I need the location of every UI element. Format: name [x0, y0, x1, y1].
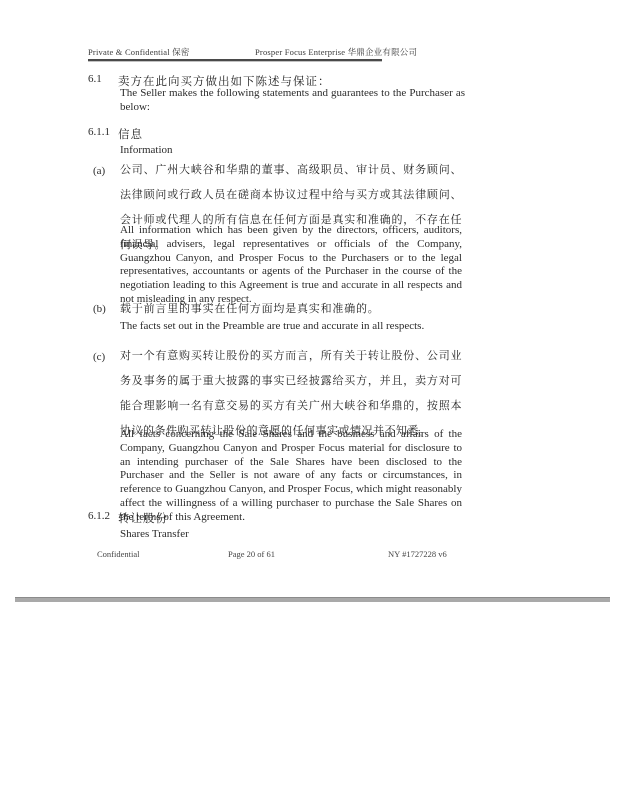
item-b: (b) 载于前言里的事实在任何方面均是真实和准确的。: [93, 300, 462, 318]
footer-doc-id: NY #1727228 v6: [388, 549, 447, 559]
item-a-label: (a): [93, 158, 120, 177]
header-company-label: Prosper Focus Enterprise 华鼎企业有限公司: [255, 46, 417, 58]
item-b-text-en: The facts set out in the Preamble are tr…: [120, 320, 462, 334]
clause-6-1-1-number: 6.1.1: [88, 126, 118, 142]
clause-6-1-1-title-zh: 信息: [118, 126, 143, 142]
clause-6-1-2-title-zh: 转让股份: [118, 510, 168, 526]
clause-6-1-1-heading: 6.1.1 信息: [88, 126, 143, 142]
header-confidential-label: Private & Confidential 保密: [88, 46, 190, 58]
footer-confidential-label: Confidential: [97, 549, 140, 559]
footer-page-number: Page 20 of 61: [228, 549, 275, 559]
item-c-label: (c): [93, 344, 120, 363]
header-rule: [88, 59, 382, 62]
clause-6-1-2-title-en: Shares Transfer: [120, 528, 189, 540]
item-b-label: (b): [93, 300, 120, 315]
clause-6-1-2-number: 6.1.2: [88, 510, 118, 526]
clause-6-1-1-title-en: Information: [120, 144, 173, 156]
document-page: Private & Confidential 保密 Prosper Focus …: [0, 0, 626, 810]
item-c-text-en: All facts concerning the Sale Shares and…: [120, 428, 462, 525]
clause-6-1-number: 6.1: [88, 73, 118, 89]
item-a-text-en: All information which has been given by …: [120, 224, 462, 307]
page-separator-bar: [15, 597, 610, 602]
clause-6-1-text-en: The Seller makes the following statement…: [120, 87, 465, 115]
clause-6-1-2-heading: 6.1.2 转让股份: [88, 510, 168, 526]
item-b-text-zh: 载于前言里的事实在任何方面均是真实和准确的。: [120, 300, 462, 318]
